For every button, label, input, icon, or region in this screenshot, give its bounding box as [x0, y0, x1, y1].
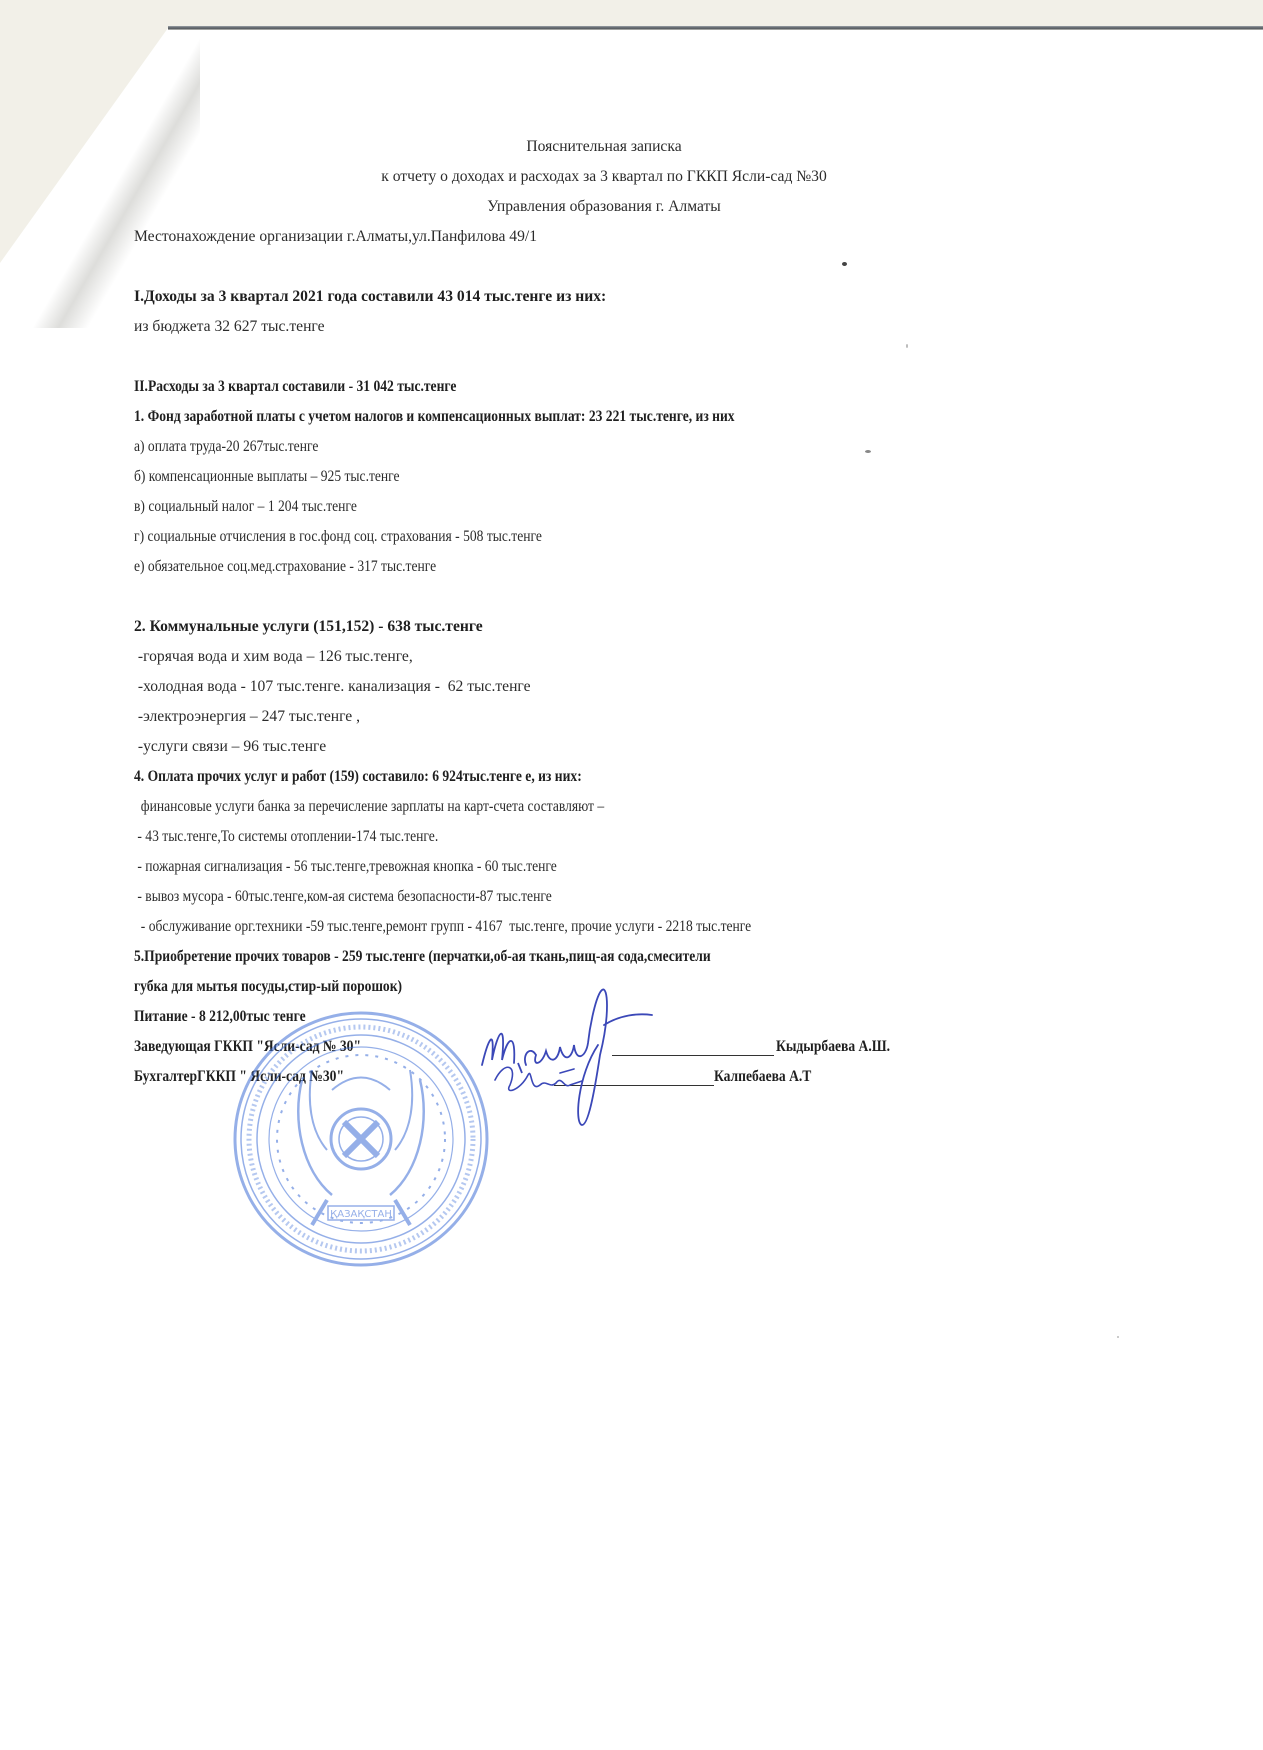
- organization-location: Местонахождение организации г.Алматы,ул.…: [134, 227, 537, 247]
- utilities-item: -услуги связи – 96 тыс.тенге: [134, 737, 326, 757]
- other-services-item: - вывоз мусора - 60тыс.тенге,ком-ая сист…: [134, 887, 552, 907]
- goods-heading: 5.Приобретение прочих товаров - 259 тыс.…: [134, 947, 711, 967]
- other-services-item: финансовые услуги банка за перечисление …: [134, 797, 604, 817]
- income-budget: из бюджета 32 627 тыс.тенге: [134, 317, 325, 337]
- accountant-title: БухгалтерГККП " Ясли-сад №30": [134, 1067, 344, 1087]
- payroll-item: а) оплата труда-20 267тыс.тенге: [134, 437, 318, 457]
- page-top-edge: [168, 26, 1263, 30]
- payroll-item: б) компенсационные выплаты – 925 тыс.тен…: [134, 467, 400, 487]
- food-expense: Питание - 8 212,00тыс тенге: [134, 1007, 306, 1027]
- scan-speck: [865, 450, 871, 453]
- scan-speck: [842, 262, 847, 266]
- payroll-item: г) социальные отчисления в гос.фонд соц.…: [134, 527, 542, 547]
- utilities-item: -холодная вода - 107 тыс.тенге. канализа…: [134, 677, 531, 697]
- other-services-heading: 4. Оплата прочих услуг и работ (159) сос…: [134, 767, 582, 787]
- accountant-signature-line: [554, 1085, 714, 1086]
- other-services-item: - пожарная сигнализация - 56 тыс.тенге,т…: [134, 857, 557, 877]
- payroll-heading: 1. Фонд заработной платы с учетом налого…: [134, 407, 735, 427]
- document-title: Пояснительная записка: [134, 137, 1074, 157]
- utilities-heading: 2. Коммунальные услуги (151,152) - 638 т…: [134, 617, 483, 637]
- payroll-item: е) обязательное соц.мед.страхование - 31…: [134, 557, 436, 577]
- director-name: Кыдырбаева А.Ш.: [776, 1037, 890, 1057]
- accountant-name: Калпебаева А.Т: [714, 1067, 811, 1087]
- scan-speck: [906, 344, 908, 348]
- utilities-item: -электроэнергия – 247 тыс.тенге ,: [134, 707, 360, 727]
- payroll-item: в) социальный налог – 1 204 тыс.тенге: [134, 497, 357, 517]
- goods-heading-continued: губка для мытья посуды,стир-ый порошок): [134, 977, 402, 997]
- scan-speck: [1117, 1336, 1119, 1338]
- department-name: Управления образования г. Алматы: [134, 197, 1074, 217]
- expenses-heading: II.Расходы за 3 квартал составили - 31 0…: [134, 377, 456, 397]
- director-title: Заведующая ГККП "Ясли-сад № 30": [134, 1037, 361, 1057]
- other-services-item: - 43 тыс.тенге,То системы отоплении-174 …: [134, 827, 438, 847]
- income-heading: I.Доходы за 3 квартал 2021 года составил…: [134, 287, 606, 307]
- other-services-item: - обслуживание орг.техники -59 тыс.тенге…: [134, 917, 751, 937]
- director-signature-line: [612, 1055, 774, 1056]
- document-subtitle: к отчету о доходах и расходах за 3 кварт…: [134, 167, 1074, 187]
- utilities-item: -горячая вода и хим вода – 126 тыс.тенге…: [134, 647, 413, 667]
